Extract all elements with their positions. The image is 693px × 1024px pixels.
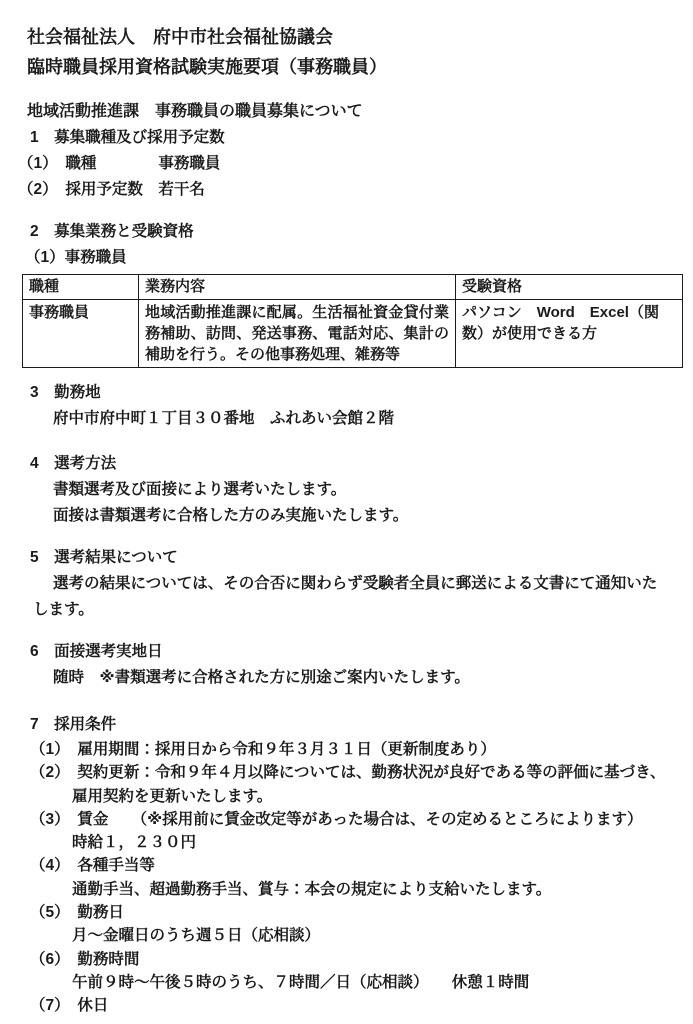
section1-item-count: （2） 採用予定数 若干名	[0, 177, 693, 203]
section3-body: 府中市府中町１丁目３０番地 ふれあい会館２階	[0, 406, 693, 432]
table-header-position: 職種	[23, 275, 139, 300]
section6-body: 随時 ※書類選考に合格された方に別途ご案内いたします。	[0, 665, 693, 691]
section4-line1: 書類選考及び面接により選考いたします。	[0, 477, 693, 503]
section7-heading: 7 採用条件	[0, 712, 693, 738]
section6-heading: 6 面接選考実地日	[0, 639, 693, 665]
section7-item3-hourly-wage: 時給１，２３０円	[0, 831, 693, 854]
table-header-duties: 業務内容	[139, 275, 456, 300]
section7-item2-continuation: 雇用契約を更新いたします。	[0, 785, 693, 808]
job-requirements-table: 職種 業務内容 受験資格 事務職員 地域活動推進課に配属。生活福祉資金貸付業務補…	[22, 274, 683, 368]
cell-qualification: パソコン Word Excel（関数）が使用できる方	[456, 300, 683, 368]
section7-item6-workhours-detail: 午前９時～午後５時のうち、７時間／日（応相談） 休憩１時間	[0, 971, 693, 994]
section7-item4-allowances: （4） 各種手当等	[0, 854, 693, 877]
section4-line2: 面接は書類選考に合格した方のみ実施いたします。	[0, 503, 693, 529]
org-name: 社会福祉法人 府中市社会福祉協議会	[0, 22, 693, 52]
section7-item7-holidays: （7） 休日	[0, 994, 693, 1017]
table-header-row: 職種 業務内容 受験資格	[23, 275, 683, 300]
subject-line: 地域活動推進課 事務職員の職員募集について	[0, 99, 693, 125]
section7-item5-workdays-detail: 月～金曜日のうち週５日（応相談）	[0, 924, 693, 947]
section5-line2: します。	[0, 597, 693, 623]
section7-item1-employment-period: （1） 雇用期間：採用日から令和９年３月３１日（更新制度あり）	[0, 738, 693, 761]
section4-heading: 4 選考方法	[0, 451, 693, 477]
cell-duties: 地域活動推進課に配属。生活福祉資金貸付業務補助、訪問、発送事務、電話対応、集計の…	[139, 300, 456, 368]
cell-position: 事務職員	[23, 300, 139, 368]
section7-item3-wage: （3） 賃金 （※採用前に賃金改定等があった場合は、その定めるところによります）	[0, 808, 693, 831]
document-title: 臨時職員採用資格試験実施要項（事務職員）	[0, 52, 693, 82]
document-page: 社会福祉法人 府中市社会福祉協議会 臨時職員採用資格試験実施要項（事務職員） 地…	[0, 0, 693, 1024]
section5-line1: 選考の結果については、その合否に関わらず受験者全員に郵送による文書にて通知いた	[0, 571, 693, 597]
section1-item-position: （1） 職種 事務職員	[0, 151, 693, 177]
section2-subheading: （1）事務職員	[0, 245, 693, 271]
section2-heading: 2 募集業務と受験資格	[0, 219, 693, 245]
section3-heading: 3 勤務地	[0, 380, 693, 406]
table-header-qualification: 受験資格	[456, 275, 683, 300]
table-row: 事務職員 地域活動推進課に配属。生活福祉資金貸付業務補助、訪問、発送事務、電話対…	[23, 300, 683, 368]
section5-heading: 5 選考結果について	[0, 545, 693, 571]
section7-item4-allowances-detail: 通勤手当、超過勤務手当、賞与：本会の規定により支給いたします。	[0, 878, 693, 901]
section1-heading: 1 募集職種及び採用予定数	[0, 125, 693, 151]
section7-item2-contract-renewal: （2） 契約更新：令和９年４月以降については、勤務状況が良好である等の評価に基づ…	[0, 761, 693, 784]
section7-item5-workdays: （5） 勤務日	[0, 901, 693, 924]
section7-item6-workhours: （6） 勤務時間	[0, 948, 693, 971]
